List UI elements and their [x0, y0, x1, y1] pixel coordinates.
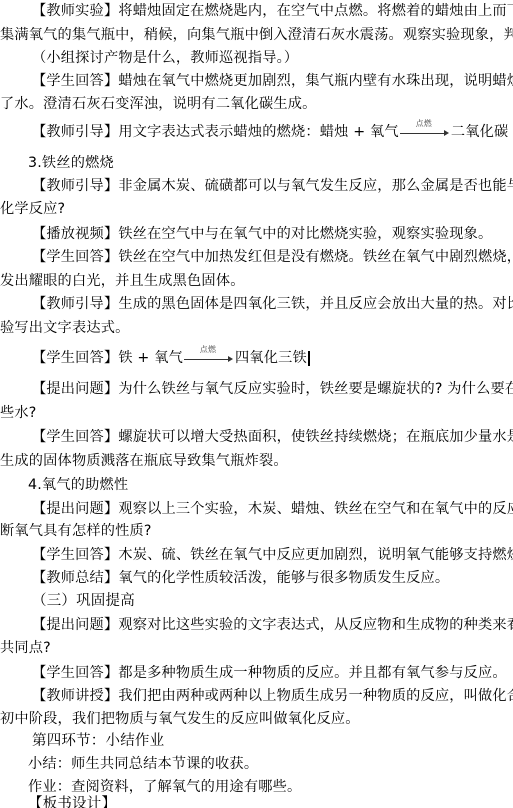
- text-line: 【学生回答】螺旋状可以增大受热面积，使铁丝持续燃烧；在瓶底加少量水是为了防止: [32, 428, 513, 446]
- text-line: （小组探讨产物是什么，教师巡视指导。）: [32, 49, 298, 67]
- text-line: 【提出问题】观察对比这些实验的文字表达式，从反应物和生成物的种类来看，有什么: [32, 616, 513, 634]
- reaction-condition: 点燃: [400, 120, 448, 128]
- reaction-condition: 点燃: [184, 346, 232, 354]
- equation-suffix: 二氧化碳 + 水: [451, 124, 513, 140]
- section-heading: 【板书设计】: [28, 795, 116, 808]
- reaction-arrow-icon: 点燃: [184, 351, 234, 365]
- text-line: 【提出问题】为什么铁丝与氧气反应实验时，铁丝要是螺旋状的? 为什么要在瓶底放一: [32, 380, 513, 398]
- text-line: 集满氧气的集气瓶中，稍候，向集气瓶中倒入澄清石灰水震荡。观察实验现象，判断产物。: [0, 26, 513, 44]
- text-line: 些水?: [0, 404, 37, 422]
- text-line: 初中阶段，我们把物质与氧气发生的反应叫做氧化反应。: [0, 710, 360, 728]
- text-line: 【教师总结】氧气的化学性质较活泼，能够与很多物质发生反应。: [32, 569, 449, 587]
- equation-suffix: 四氧化三铁: [235, 350, 307, 366]
- reaction-arrow-icon: 点燃: [400, 125, 450, 139]
- equation-prefix: 【教师引导】用文字表达式表示蜡烛的燃烧：蜡烛 + 氧气: [32, 124, 399, 140]
- section-heading: 3.铁丝的燃烧: [28, 154, 114, 172]
- text-line: 【教师讲授】我们把由两种或两种以上物质生成另一种物质的反应，叫做化合反应。在: [32, 687, 513, 705]
- text-line: 生成的固体物质溅落在瓶底导致集气瓶炸裂。: [0, 452, 288, 470]
- text-line: 小结：师生共同总结本节课的收获。: [28, 755, 258, 773]
- text-line: 【教师引导】生成的黑色固体是四氧化三铁，并且反应会放出大量的热。对比前两个实: [32, 295, 513, 313]
- text-line: 验写出文字表达式。: [0, 319, 130, 337]
- section-heading: 4.氧气的助燃性: [28, 476, 128, 494]
- text-line: 【教师实验】将蜡烛固定在燃烧匙内，在空气中点燃。将燃着的蜡烛由上而下缓慢伸入: [32, 2, 513, 20]
- text-line: 化学反应?: [0, 200, 65, 218]
- text-line: 【提出问题】观察以上三个实验，木炭、蜡烛、铁丝在空气和在氧气中的反应现象，推: [32, 500, 513, 518]
- text-line: 断氧气具有怎样的性质?: [0, 522, 152, 540]
- text-line: 【教师引导】非金属木炭、硫磺都可以与氧气发生反应，那么金属是否也能与氧气发生: [32, 177, 513, 195]
- text-line: 发出耀眼的白光，并且生成黑色固体。: [0, 272, 245, 290]
- text-line: 共同点?: [0, 639, 51, 657]
- text-line: 了水。澄清石灰石变浑浊，说明有二氧化碳生成。: [0, 95, 317, 113]
- text-line: 【学生回答】都是多种物质生成一种物质的反应。并且都有氧气参与反应。: [32, 664, 507, 682]
- section-heading: （三）巩固提高: [32, 592, 135, 610]
- text-line: 【学生回答】铁丝在空气中加热发红但是没有燃烧。铁丝在氧气中剧烈燃烧，火星四射，: [32, 248, 513, 266]
- section-heading: 第四环节：小结作业: [32, 732, 164, 750]
- equation-prefix: 【学生回答】铁 + 氧气: [32, 350, 183, 366]
- equation-line-candle: 【教师引导】用文字表达式表示蜡烛的燃烧：蜡烛 + 氧气点燃二氧化碳 + 水: [32, 123, 513, 141]
- text-line: 【学生回答】蜡烛在氧气中燃烧更加剧烈，集气瓶内壁有水珠出现，说明蜡烛燃烧生成: [32, 72, 513, 90]
- text-line: 【学生回答】木炭、硫、铁丝在氧气中反应更加剧烈，说明氧气能够支持燃烧。: [32, 546, 513, 564]
- text-line: 【播放视频】铁丝在空气中与在氧气中的对比燃烧实验，观察实验现象。: [32, 225, 492, 243]
- text-cursor: [308, 351, 310, 366]
- text-line: 作业：查阅资料，了解氧气的用途有哪些。: [28, 778, 301, 796]
- equation-line-iron: 【学生回答】铁 + 氧气点燃四氧化三铁: [32, 349, 310, 367]
